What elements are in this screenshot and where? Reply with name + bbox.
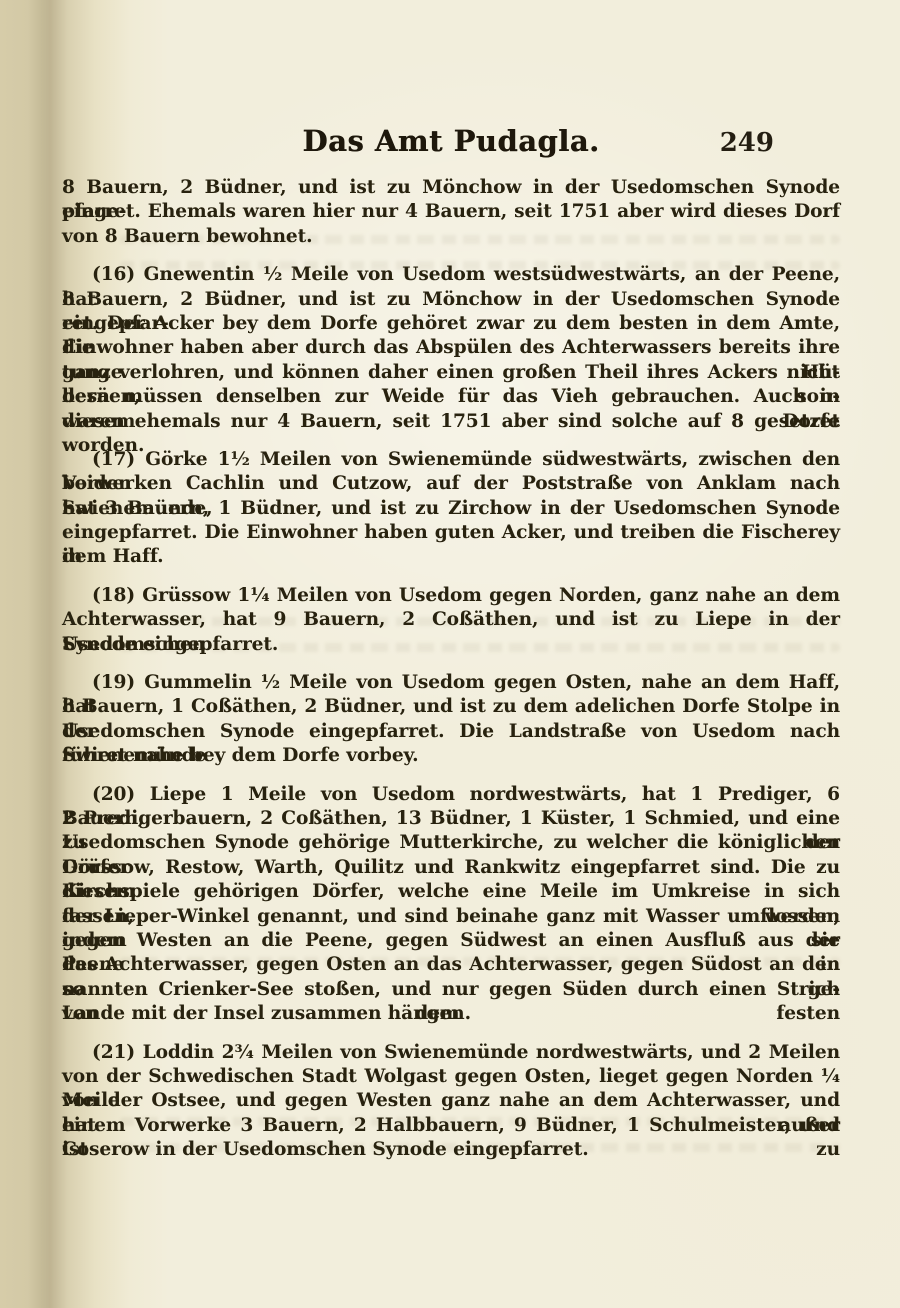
- text-line: Grüssow, Restow, Warth, Quilitz und Rank…: [62, 856, 840, 880]
- text-line: (19) Gummelin ½ Meile von Usedom gegen O…: [62, 671, 840, 695]
- text-line: dern müssen denselben zur Weide für das …: [62, 385, 840, 409]
- text-line: Usedomschen Synode eingepfarret. Die Lan…: [62, 720, 840, 744]
- page-header: Das Amt Pudagla. 249: [62, 124, 840, 166]
- text-line: waren ehemals nur 4 Bauern, seit 1751 ab…: [62, 410, 840, 434]
- paragraph: (21) Loddin 2¾ Meilen von Swienemünde no…: [62, 1041, 840, 1163]
- text-line: gegen Westen an die Peene, gegen Südwest…: [62, 929, 840, 953]
- paragraph: (20) Liepe 1 Meile von Usedom nordwestwä…: [62, 783, 840, 1027]
- text-line: Usedomschen Synode gehörige Mutterkirche…: [62, 831, 840, 855]
- paragraph: (19) Gummelin ½ Meile von Usedom gegen O…: [62, 671, 840, 769]
- text-line: Synode eingepfarret.: [62, 633, 840, 657]
- text-line: pfarret. Ehemals waren hier nur 4 Bauern…: [62, 200, 840, 224]
- text-line: das Achterwasser, gegen Osten an das Ach…: [62, 953, 840, 977]
- text-line: (17) Görke 1½ Meilen von Swienemünde süd…: [62, 448, 840, 472]
- text-line: von der Ostsee, und gegen Westen ganz na…: [62, 1089, 840, 1113]
- text-line: (21) Loddin 2¾ Meilen von Swienemünde no…: [62, 1041, 840, 1065]
- text-line: nannten Crienker-See stoßen, und nur geg…: [62, 978, 840, 1002]
- text-line: Vorwerken Cachlin und Cutzow, auf der Po…: [62, 472, 840, 496]
- body-text: 8 Bauern, 2 Büdner, und ist zu Mönchow i…: [62, 176, 840, 1162]
- text-line: 2 Predigerbauern, 2 Coßäthen, 13 Büdner,…: [62, 807, 840, 831]
- text-line: hat 3 Bauern, 1 Büdner, und ist zu Zirch…: [62, 497, 840, 521]
- text-line: von der Schwedischen Stadt Wolgast gegen…: [62, 1065, 840, 1089]
- paragraph: (16) Gnewentin ½ Meile von Usedom westsü…: [62, 263, 840, 434]
- text-line: 8 Bauern, 1 Coßäthen, 2 Büdner, und ist …: [62, 695, 840, 719]
- text-line: ret. Der Acker bey dem Dorfe gehöret zwa…: [62, 312, 840, 336]
- text-line: Kirchspiele gehörigen Dörfer, welche ein…: [62, 880, 840, 904]
- paragraph: 8 Bauern, 2 Büdner, und ist zu Mönchow i…: [62, 176, 840, 249]
- text-line: tung verlohren, und können daher einen g…: [62, 361, 840, 385]
- text-line: eingepfarret. Die Einwohner haben guten …: [62, 521, 840, 545]
- book-page: Das Amt Pudagla. 249 8 Bauern, 2 Büdner,…: [62, 124, 840, 1162]
- text-line: (20) Liepe 1 Meile von Usedom nordwestwä…: [62, 783, 840, 807]
- text-line: führet nahe bey dem Dorfe vorbey.: [62, 744, 840, 768]
- text-line: 8 Bauern, 2 Büdner, und ist zu Mönchow i…: [62, 288, 840, 312]
- text-line: dem Haff.: [62, 545, 840, 569]
- text-line: Einwohner haben aber durch das Abspülen …: [62, 336, 840, 360]
- text-line: von 8 Bauern bewohnet.: [62, 225, 840, 249]
- text-line: (16) Gnewentin ½ Meile von Usedom westsü…: [62, 263, 840, 287]
- text-line: Achterwasser, hat 9 Bauern, 2 Coßäthen, …: [62, 608, 840, 632]
- paragraph: (18) Grüssow 1¼ Meilen von Usedom gegen …: [62, 584, 840, 657]
- page-number: 249: [720, 128, 774, 158]
- text-line: einem Vorwerke 3 Bauern, 2 Halbbauern, 9…: [62, 1114, 840, 1138]
- text-line: der Lieper-Winkel genannt, und sind bein…: [62, 905, 840, 929]
- text-line: 8 Bauern, 2 Büdner, und ist zu Mönchow i…: [62, 176, 840, 200]
- paragraph: (17) Görke 1½ Meilen von Swienemünde süd…: [62, 448, 840, 570]
- text-line: (18) Grüssow 1¼ Meilen von Usedom gegen …: [62, 584, 840, 608]
